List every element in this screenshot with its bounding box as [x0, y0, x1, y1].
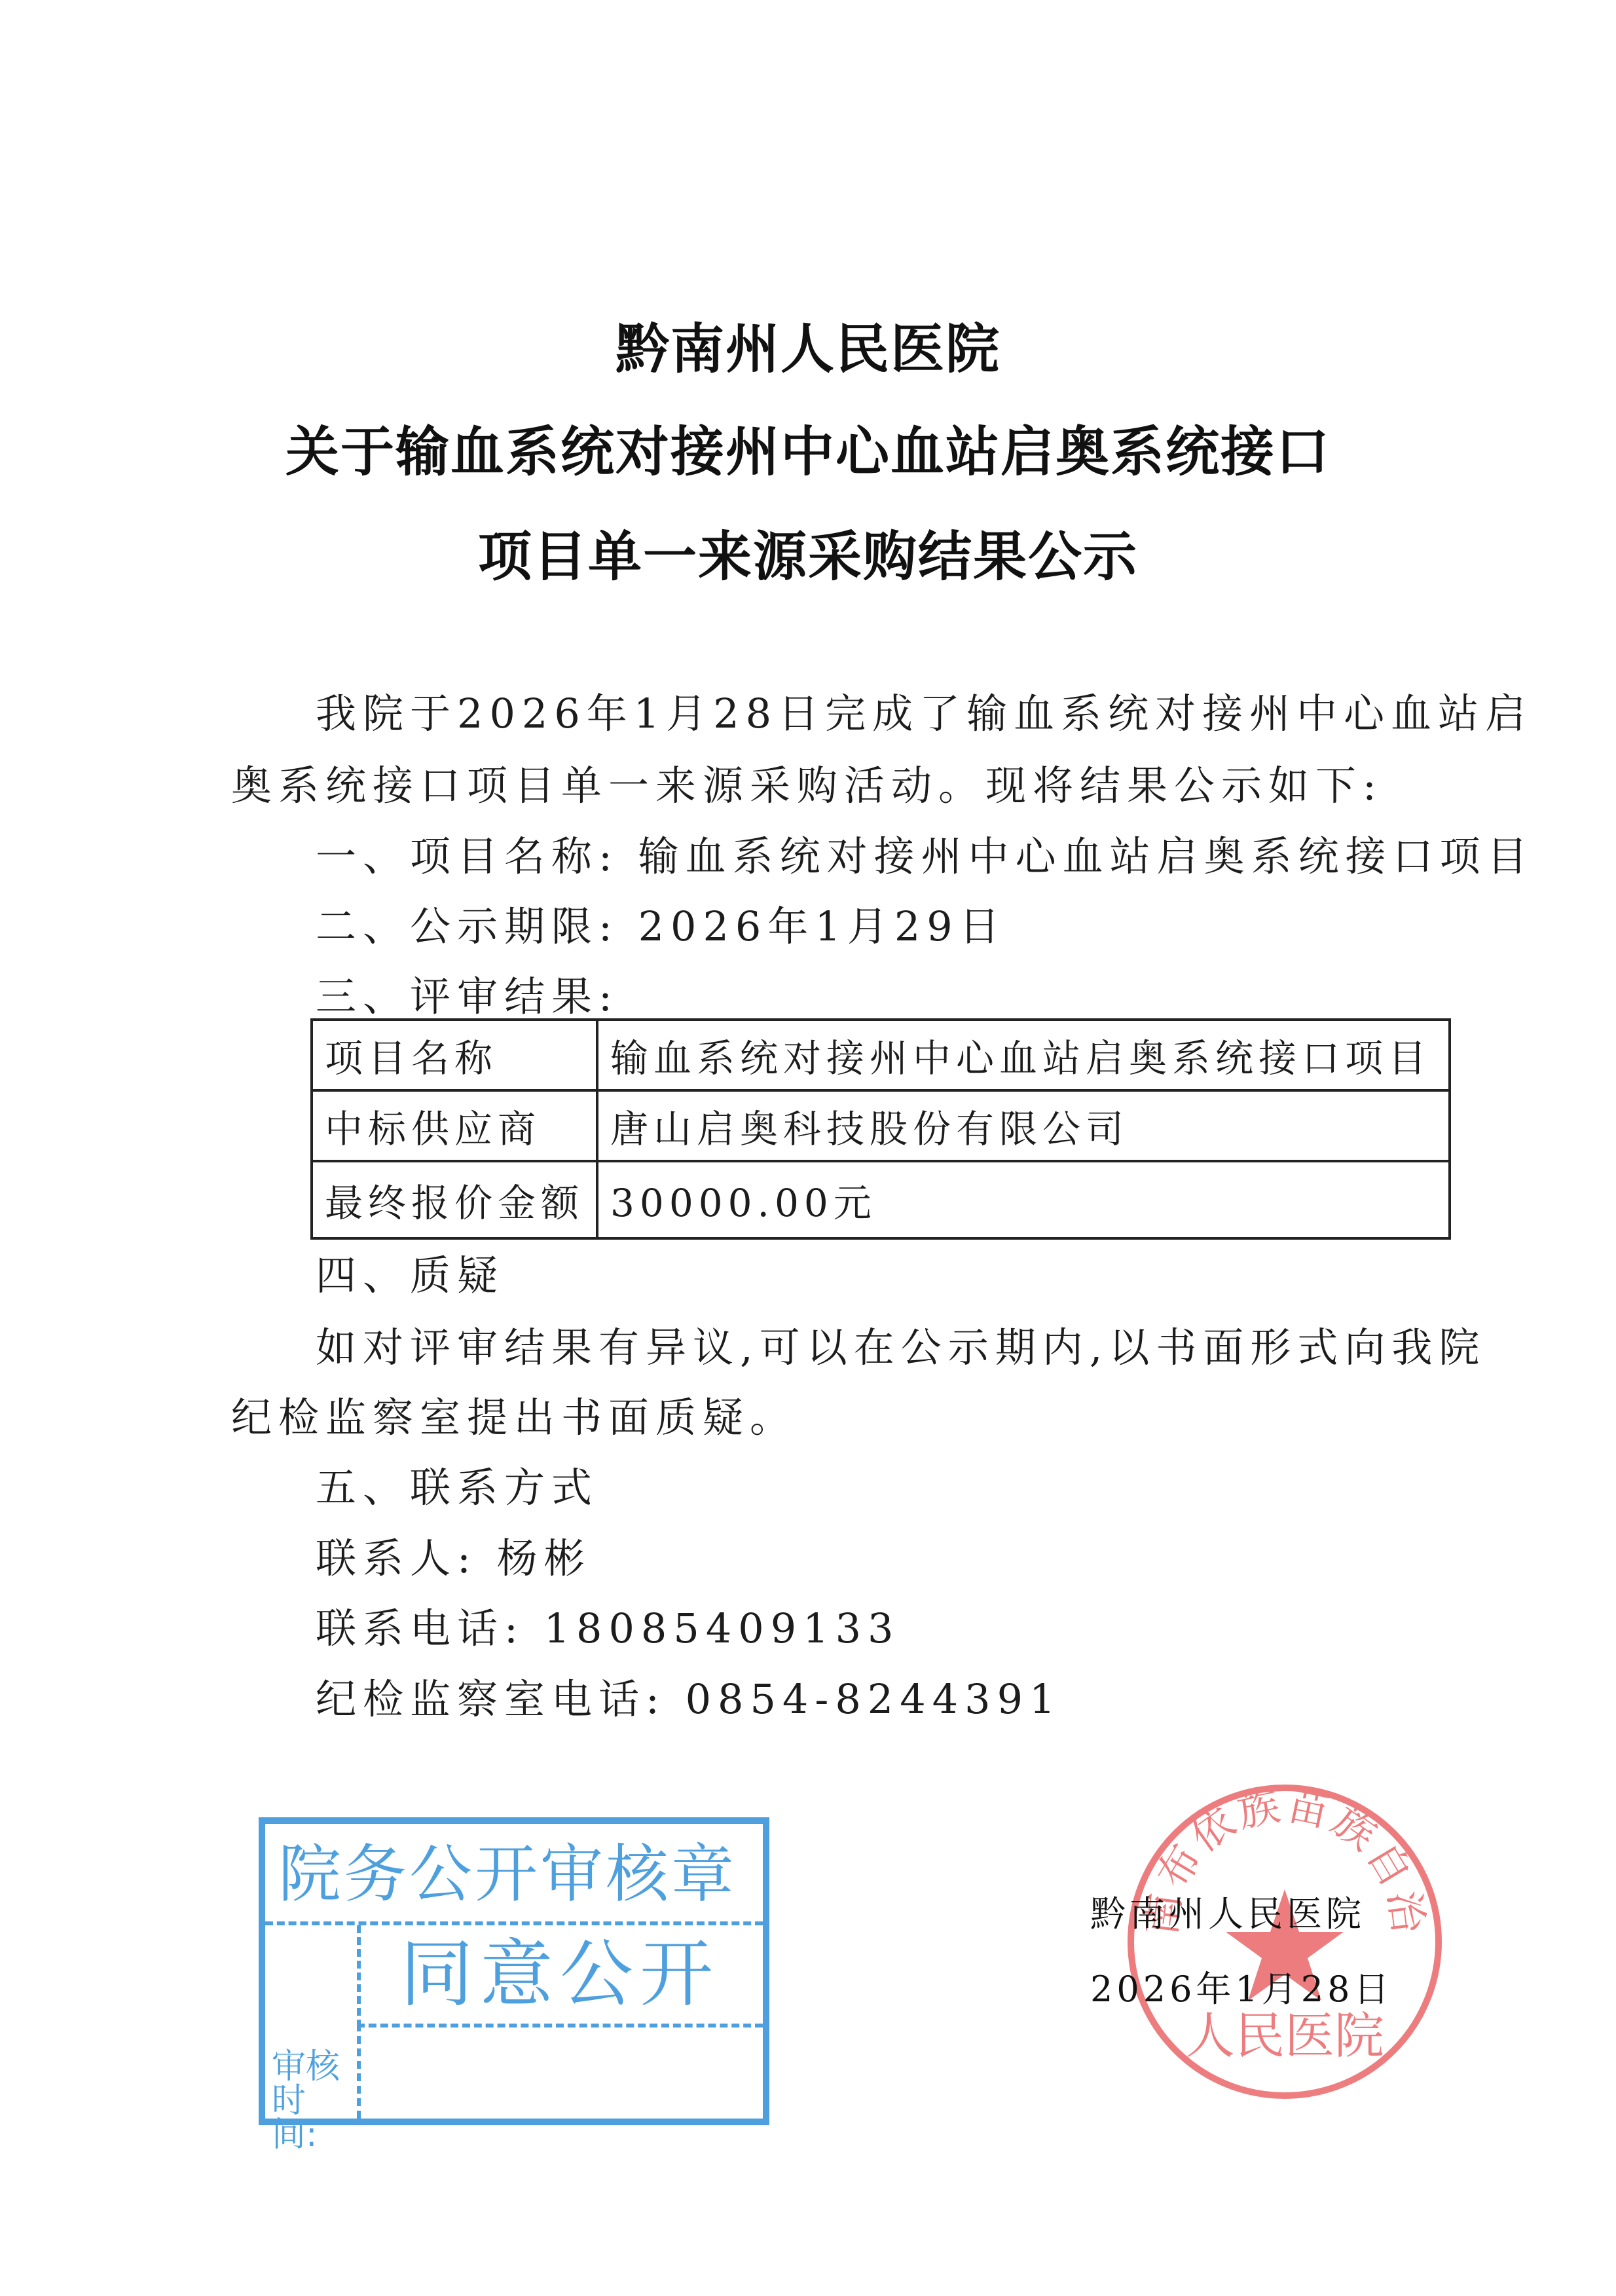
section-review-result: 三、评审结果: — [316, 964, 619, 1022]
objection-line2: 纪检监察室提出书面质疑。 — [231, 1385, 797, 1443]
table-row: 最终报价金额 30000.00元 — [312, 1161, 1450, 1238]
review-stamp-approval: 同意公开 — [357, 1925, 763, 2028]
table-row: 中标供应商 唐山启奥科技股份有限公司 — [312, 1090, 1450, 1161]
table-label-price: 最终报价金额 — [312, 1161, 597, 1238]
title-announcement: 项目单一来源采购结果公示 — [0, 514, 1616, 591]
review-stamp-time-field — [357, 2024, 763, 2119]
title-subject: 关于输血系统对接州中心血站启奥系统接口 — [0, 409, 1616, 486]
intro-paragraph-line2: 奥系统接口项目单一来源采购活动。现将结果公示如下: — [231, 753, 1383, 811]
section-project-name: 一、项目名称: 输血系统对接州中心血站启奥系统接口项目 — [316, 824, 1534, 882]
review-stamp-time-label: 审核时间: — [265, 2024, 357, 2122]
review-result-table: 项目名称 输血系统对接州中心血站启奥系统接口项目 中标供应商 唐山启奥科技股份有… — [310, 1018, 1451, 1240]
table-value-price: 30000.00元 — [597, 1161, 1450, 1238]
contact-person: 联系人: 杨彬 — [316, 1526, 591, 1584]
title-hospital: 黔南州人民医院 — [0, 306, 1616, 383]
intro-paragraph-line1: 我院于2026年1月28日完成了输血系统对接州中心血站启 — [316, 681, 1532, 739]
signature-date: 2026年1月28日 — [1090, 1961, 1393, 2012]
review-stamp: 院务公开审核章 同意公开 审核时间: — [259, 1817, 769, 2125]
section-publicity-period: 二、公示期限: 2026年1月29日 — [316, 894, 1006, 952]
table-label-supplier: 中标供应商 — [312, 1090, 597, 1161]
table-row: 项目名称 输血系统对接州中心血站启奥系统接口项目 — [312, 1020, 1450, 1090]
signature-organization: 黔南州人民医院 — [1090, 1886, 1365, 1936]
objection-line1: 如对评审结果有异议,可以在公示期内,以书面形式向我院 — [316, 1315, 1486, 1373]
section-contact: 五、联系方式 — [316, 1455, 598, 1513]
review-stamp-title: 院务公开审核章 — [265, 1824, 763, 1925]
table-value-supplier: 唐山启奥科技股份有限公司 — [597, 1090, 1450, 1161]
table-value-project: 输血系统对接州中心血站启奥系统接口项目 — [597, 1020, 1450, 1090]
table-label-project: 项目名称 — [312, 1020, 597, 1090]
seal-bottom-text: 人民医院 — [1185, 2007, 1384, 2065]
official-seal: 黔南布依族苗族自治州 人民医院 — [1128, 1785, 1442, 2099]
contact-phone: 联系电话: 18085409133 — [316, 1596, 900, 1654]
seal-star-icon: 黔南布依族苗族自治州 人民医院 — [1134, 1791, 1435, 2092]
discipline-office-phone: 纪检监察室电话: 0854-8244391 — [316, 1667, 1061, 1725]
section-objection: 四、质疑 — [316, 1243, 504, 1301]
